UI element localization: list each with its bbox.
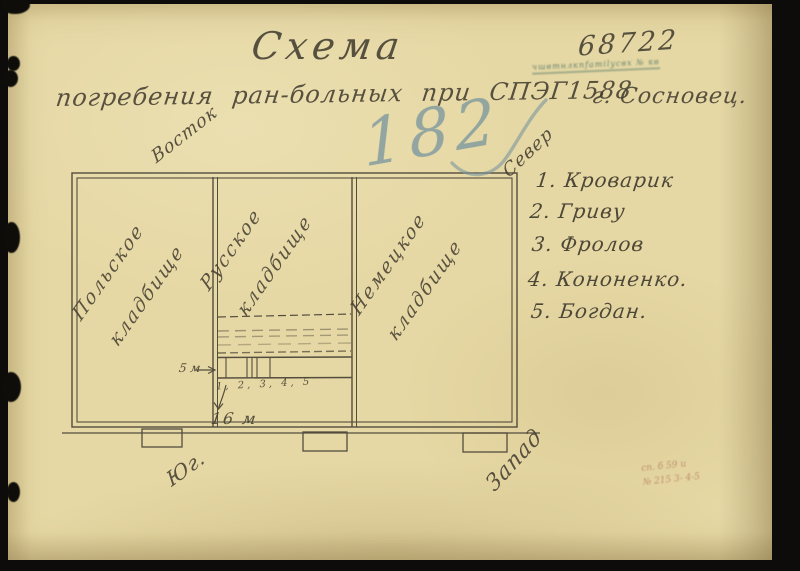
list-item: 5. Богдан. [530,299,690,323]
width-measurement: 5 м [178,361,201,375]
list-item: 2. Гриву [529,199,690,223]
scanned-document-page: Схема погребения ран-больных при СПЭГ158… [0,0,800,571]
buried-names-list: 1. Кроварик 2. Гриву 3. Фролов 4. Кононе… [528,168,688,323]
list-item: 3. Фролов [531,232,690,256]
length-measurement: 16 м [210,409,259,428]
list-item: 1. Кроварик [535,168,690,192]
list-item: 4. Кононенко. [527,267,690,291]
